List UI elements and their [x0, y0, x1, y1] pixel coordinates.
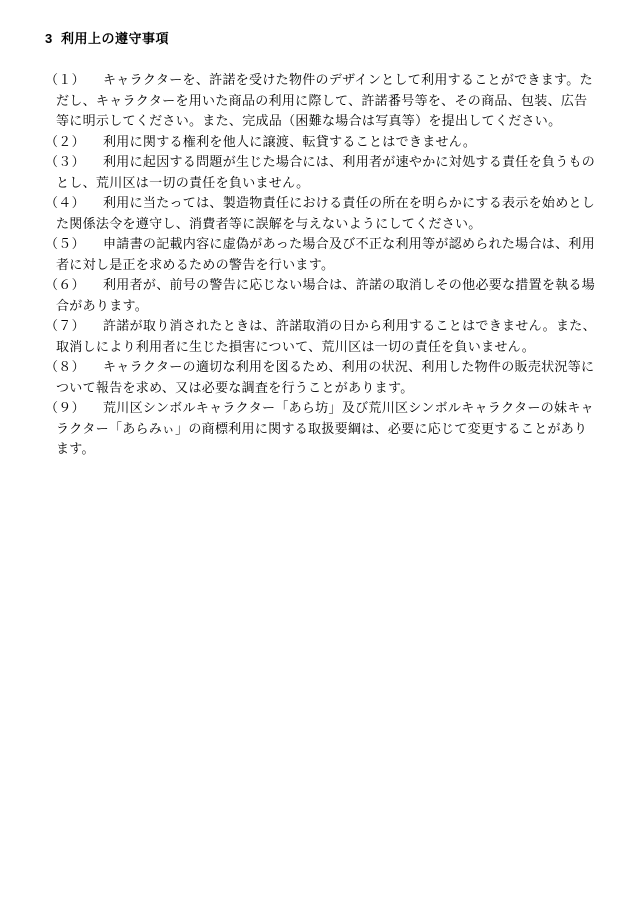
- section-heading: 3利用上の遵守事項: [45, 29, 595, 50]
- clause-4-number: （４）: [45, 193, 103, 214]
- clause-3-number: （３）: [45, 152, 103, 173]
- clause-6-number: （６）: [45, 275, 103, 296]
- clause-5-text: 申請書の記載内容に虚偽があった場合及び不正な利用等が認められた場合は、利用: [103, 236, 595, 251]
- clause-1-text: キャラクターを、許諾を受けた物件のデザインとして利用することができます。た: [103, 72, 593, 87]
- clause-1-line-3: 等に明示してください。また、完成品（困難な場合は写真等）を提出してください。: [56, 111, 595, 132]
- clause-1-number: （１）: [45, 70, 103, 91]
- clause-2-text: 利用に関する権利を他人に譲渡、転貸することはできません。: [103, 134, 476, 149]
- clause-7-text: 許諾が取り消されたときは、許諾取消の日から利用することはできません。また、: [103, 318, 596, 333]
- clause-9-number: （９）: [45, 398, 103, 419]
- clause-9-text: 荒川区シンボルキャラクター「あら坊」及び荒川区シンボルキャラクターの妹キャ: [103, 400, 594, 415]
- clause-7-line-1: （７）許諾が取り消されたときは、許諾取消の日から利用することはできません。また、: [45, 316, 595, 337]
- clause-5-number: （５）: [45, 234, 103, 255]
- clause-2-line-1: （２）利用に関する権利を他人に譲渡、転貸することはできません。: [45, 132, 595, 153]
- clause-8-line-1: （８）キャラクターの適切な利用を図るため、利用の状況、利用した物件の販売状況等に: [45, 357, 595, 378]
- clause-7-number: （７）: [45, 316, 103, 337]
- section-title: 利用上の遵守事項: [61, 31, 169, 46]
- clause-1-line-2: だし、キャラクターを用いた商品の利用に際して、許諾番号等を、その商品、包装、広告: [56, 91, 595, 112]
- clause-6-line-2: 合があります。: [56, 296, 595, 317]
- clause-3-text: 利用に起因する問題が生じた場合には、利用者が速やかに対処する責任を負うもの: [103, 154, 595, 169]
- clause-3-line-2: とし、荒川区は一切の責任を負いません。: [56, 173, 595, 194]
- clause-1-line-1: （１）キャラクターを、許諾を受けた物件のデザインとして利用することができます。た: [45, 70, 595, 91]
- clause-list: （１）キャラクターを、許諾を受けた物件のデザインとして利用することができます。た…: [45, 70, 595, 460]
- clause-4-text: 利用に当たっては、製造物責任における責任の所在を明らかにする表示を始めとし: [103, 195, 595, 210]
- clause-2-number: （２）: [45, 132, 103, 153]
- clause-7-line-2: 取消しにより利用者に生じた損害について、荒川区は一切の責任を負いません。: [56, 337, 595, 358]
- clause-6-line-1: （６）利用者が、前号の警告に応じない場合は、許諾の取消しその他必要な措置を執る場: [45, 275, 595, 296]
- clause-8-number: （８）: [45, 357, 103, 378]
- clause-8-line-2: ついて報告を求め、又は必要な調査を行うことがあります。: [56, 378, 595, 399]
- clause-5-line-2: 者に対し是正を求めるための警告を行います。: [56, 255, 595, 276]
- clause-9-line-1: （９）荒川区シンボルキャラクター「あら坊」及び荒川区シンボルキャラクターの妹キャ: [45, 398, 595, 419]
- clause-4-line-1: （４）利用に当たっては、製造物責任における責任の所在を明らかにする表示を始めとし: [45, 193, 595, 214]
- document-content: 3利用上の遵守事項 （１）キャラクターを、許諾を受けた物件のデザインとして利用す…: [45, 29, 595, 460]
- clause-4-line-2: た関係法令を遵守し、消費者等に誤解を与えないようにしてください。: [56, 214, 595, 235]
- clause-9-line-3: ます。: [56, 439, 595, 460]
- clause-8-text: キャラクターの適切な利用を図るため、利用の状況、利用した物件の販売状況等に: [103, 359, 594, 374]
- clause-3-line-1: （３）利用に起因する問題が生じた場合には、利用者が速やかに対処する責任を負うもの: [45, 152, 595, 173]
- section-number: 3: [45, 29, 61, 50]
- clause-9-line-2: ラクター「あらみぃ」の商標利用に関する取扱要綱は、必要に応じて変更することがあり: [56, 419, 595, 440]
- clause-6-text: 利用者が、前号の警告に応じない場合は、許諾の取消しその他必要な措置を執る場: [103, 277, 595, 292]
- clause-5-line-1: （５）申請書の記載内容に虚偽があった場合及び不正な利用等が認められた場合は、利用: [45, 234, 595, 255]
- document-page: 3利用上の遵守事項 （１）キャラクターを、許諾を受けた物件のデザインとして利用す…: [0, 0, 630, 903]
